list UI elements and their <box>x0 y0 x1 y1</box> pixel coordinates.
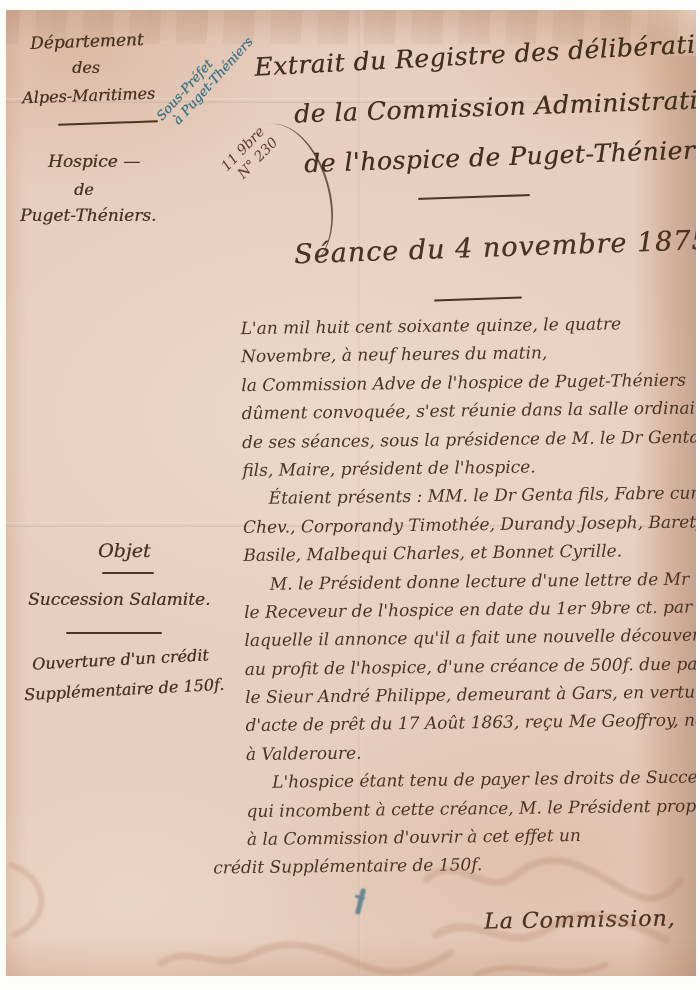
hospice-line-1: Hospice — <box>48 152 140 172</box>
title-underline <box>418 194 530 200</box>
hospice-line-3: Puget-Théniers. <box>20 206 156 226</box>
title-line-2: de la Commission Administrative <box>294 84 696 128</box>
margin-subject: Succession Salamite. <box>28 590 210 610</box>
objet-underline <box>102 572 154 574</box>
department-line-2: des <box>72 58 100 77</box>
department-line-1: Département <box>30 30 144 54</box>
title-line-3: de l'hospice de Puget-Théniers. <box>304 135 696 178</box>
bleed-through-marks <box>156 935 456 976</box>
margin-credit-line-2: Supplémentaire de 150f. <box>24 675 225 704</box>
bleed-through-marks <box>416 840 686 976</box>
bleed-through-marks <box>6 855 66 945</box>
subject-underline <box>66 632 162 634</box>
manuscript-page: Département des Alpes-Maritimes Hospice … <box>6 10 696 976</box>
department-underline <box>58 120 158 125</box>
scanned-document: Département des Alpes-Maritimes Hospice … <box>0 0 700 990</box>
body-text: L'an mil huit cent soixante quinze, le q… <box>241 313 696 887</box>
seance-underline <box>434 296 522 301</box>
objet-label: Objet <box>98 540 151 562</box>
blue-ink-smudge <box>355 888 366 915</box>
margin-credit-line-1: Ouverture d'un crédit <box>32 645 209 673</box>
department-line-3: Alpes-Maritimes <box>22 84 156 108</box>
seance-heading: Séance du 4 novembre 1875. <box>294 225 696 271</box>
hospice-line-2: de <box>74 180 94 199</box>
